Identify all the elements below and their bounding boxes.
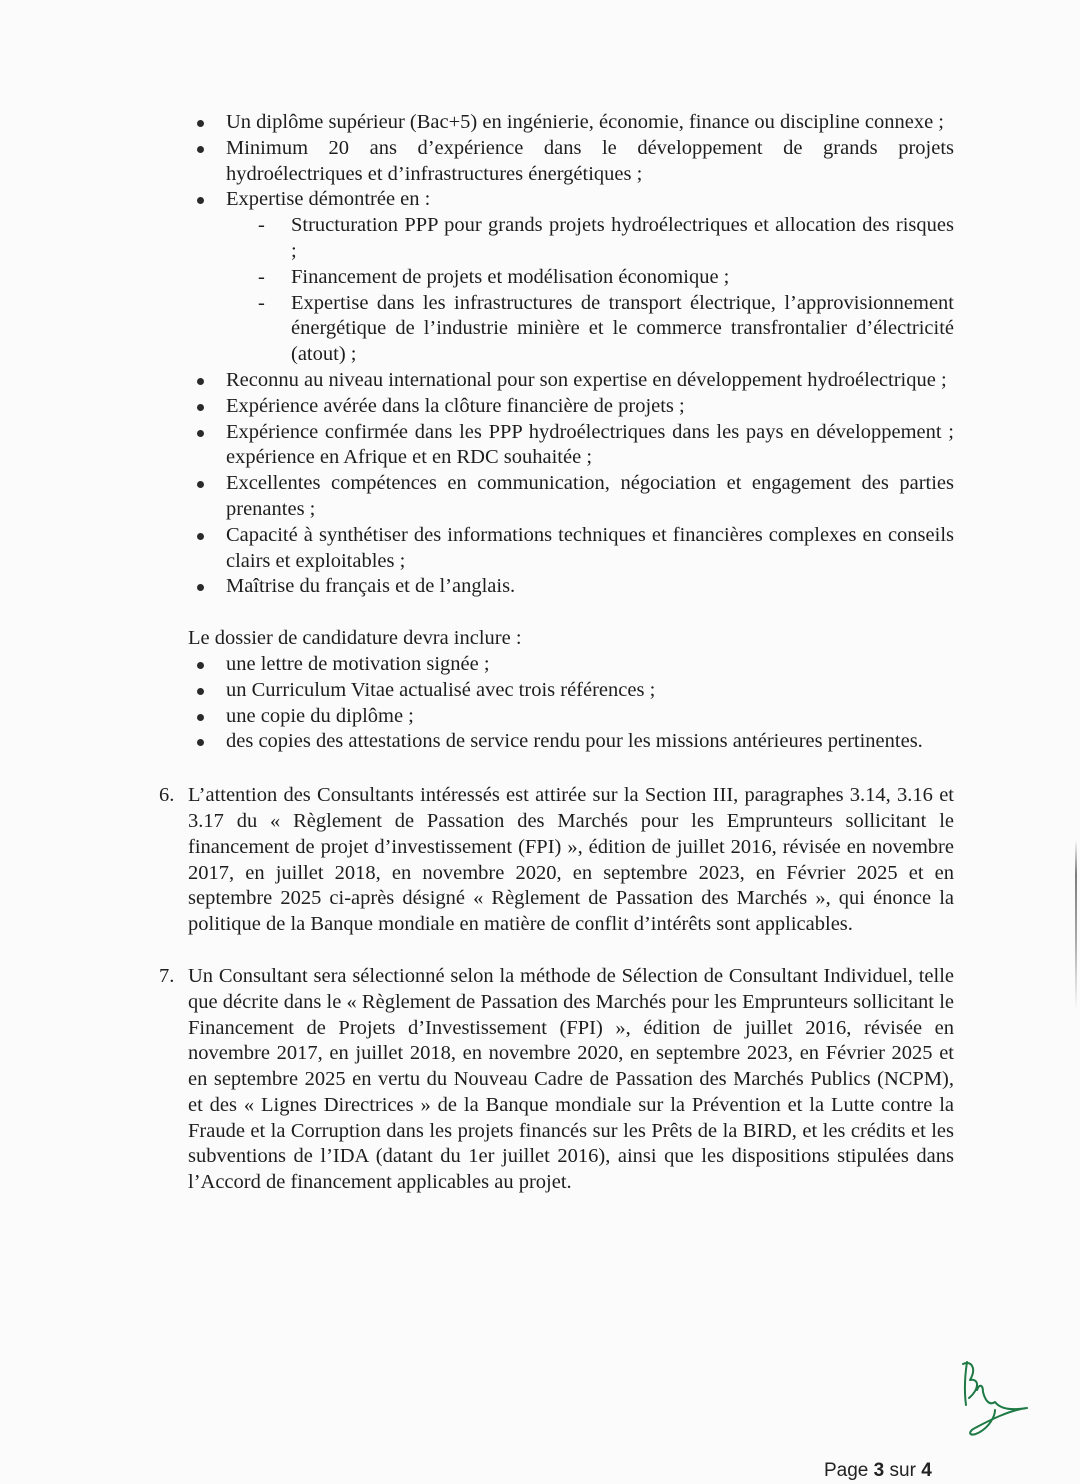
list-item-text: une copie du diplôme ;: [226, 705, 414, 727]
page-content: Un diplôme supérieur (Bac+5) en ingénier…: [188, 110, 954, 1196]
dash-icon: -: [258, 291, 265, 317]
list-item: une lettre de motivation signée ;: [188, 652, 954, 678]
numbered-paragraphs: 6. L’attention des Consultants intéressé…: [159, 783, 954, 1196]
application-intro: Le dossier de candidature devra inclure …: [188, 626, 954, 652]
bullet-icon: [197, 662, 204, 669]
paragraph-text: L’attention des Consultants intéressés e…: [188, 784, 954, 935]
document-page: Un diplôme supérieur (Bac+5) en ingénier…: [0, 0, 1080, 1484]
list-item-text: Reconnu au niveau international pour son…: [226, 369, 947, 391]
sublist-item: - Structuration PPP pour grands projets …: [253, 213, 954, 265]
list-item: un Curriculum Vitae actualisé avec trois…: [188, 678, 954, 704]
handwritten-signature-icon: [955, 1350, 1035, 1440]
bullet-icon: [197, 146, 204, 153]
paragraph-text: Un Consultant sera sélectionné selon la …: [188, 965, 954, 1193]
bullet-icon: [197, 533, 204, 540]
sublist-item-text: Structuration PPP pour grands projets hy…: [291, 214, 954, 262]
sublist-item: - Financement de projets et modélisation…: [253, 265, 954, 291]
bullet-icon: [197, 120, 204, 127]
sublist-item-text: Expertise dans les infrastructures de tr…: [291, 292, 954, 366]
list-item: Expérience confirmée dans les PPP hydroé…: [188, 420, 954, 472]
list-item: une copie du diplôme ;: [188, 704, 954, 730]
paragraph-number: 6.: [159, 783, 174, 809]
dash-icon: -: [258, 265, 265, 291]
list-item: des copies des attestations de service r…: [188, 729, 954, 755]
scan-edge-artifact: [1075, 840, 1077, 1010]
list-item-text: Expérience avérée dans la clôture financ…: [226, 395, 685, 417]
bullet-icon: [197, 404, 204, 411]
bullet-icon: [197, 688, 204, 695]
list-item: Expérience avérée dans la clôture financ…: [188, 394, 954, 420]
list-item: Minimum 20 ans d’expérience dans le déve…: [188, 136, 954, 188]
footer-current-page: 3: [874, 1460, 885, 1481]
list-item-text: Expertise démontrée en :: [226, 188, 430, 210]
page-number-footer: Page 3 sur 4: [824, 1461, 932, 1481]
bullet-icon: [197, 714, 204, 721]
qualifications-list-continued: Reconnu au niveau international pour son…: [188, 368, 954, 600]
footer-page-word: Page: [824, 1460, 868, 1481]
numbered-paragraph-7: 7. Un Consultant sera sélectionné selon …: [159, 964, 954, 1196]
expertise-sublist: - Structuration PPP pour grands projets …: [188, 213, 954, 368]
list-item-text: Minimum 20 ans d’expérience dans le déve…: [226, 137, 954, 185]
paragraph-number: 7.: [159, 964, 174, 990]
list-item-text: Excellentes compétences en communication…: [226, 472, 954, 520]
numbered-paragraph-6: 6. L’attention des Consultants intéressé…: [159, 783, 954, 938]
list-item: Excellentes compétences en communication…: [188, 471, 954, 523]
list-item: Reconnu au niveau international pour son…: [188, 368, 954, 394]
dash-icon: -: [258, 213, 265, 239]
application-items-list: une lettre de motivation signée ; un Cur…: [188, 652, 954, 755]
list-item: Expertise démontrée en :: [188, 187, 954, 213]
list-item-text: Maîtrise du français et de l’anglais.: [226, 575, 515, 597]
list-item: Un diplôme supérieur (Bac+5) en ingénier…: [188, 110, 954, 136]
bullet-icon: [197, 378, 204, 385]
list-item-text: un Curriculum Vitae actualisé avec trois…: [226, 679, 655, 701]
bullet-icon: [197, 430, 204, 437]
list-item-text: des copies des attestations de service r…: [226, 730, 923, 752]
list-item: Capacité à synthétiser des informations …: [188, 523, 954, 575]
list-item-text: Capacité à synthétiser des informations …: [226, 524, 954, 572]
qualifications-list: Un diplôme supérieur (Bac+5) en ingénier…: [188, 110, 954, 213]
bullet-icon: [197, 739, 204, 746]
footer-total-pages: 4: [921, 1460, 932, 1481]
list-item-text: Expérience confirmée dans les PPP hydroé…: [226, 421, 954, 469]
sublist-item: - Expertise dans les infrastructures de …: [253, 291, 954, 368]
footer-sur-word: sur: [890, 1460, 916, 1481]
bullet-icon: [197, 584, 204, 591]
list-item-text: une lettre de motivation signée ;: [226, 653, 490, 675]
list-item-text: Un diplôme supérieur (Bac+5) en ingénier…: [226, 111, 944, 133]
bullet-icon: [197, 197, 204, 204]
sublist-item-text: Financement de projets et modélisation é…: [291, 266, 729, 288]
list-item: Maîtrise du français et de l’anglais.: [188, 574, 954, 600]
bullet-icon: [197, 481, 204, 488]
